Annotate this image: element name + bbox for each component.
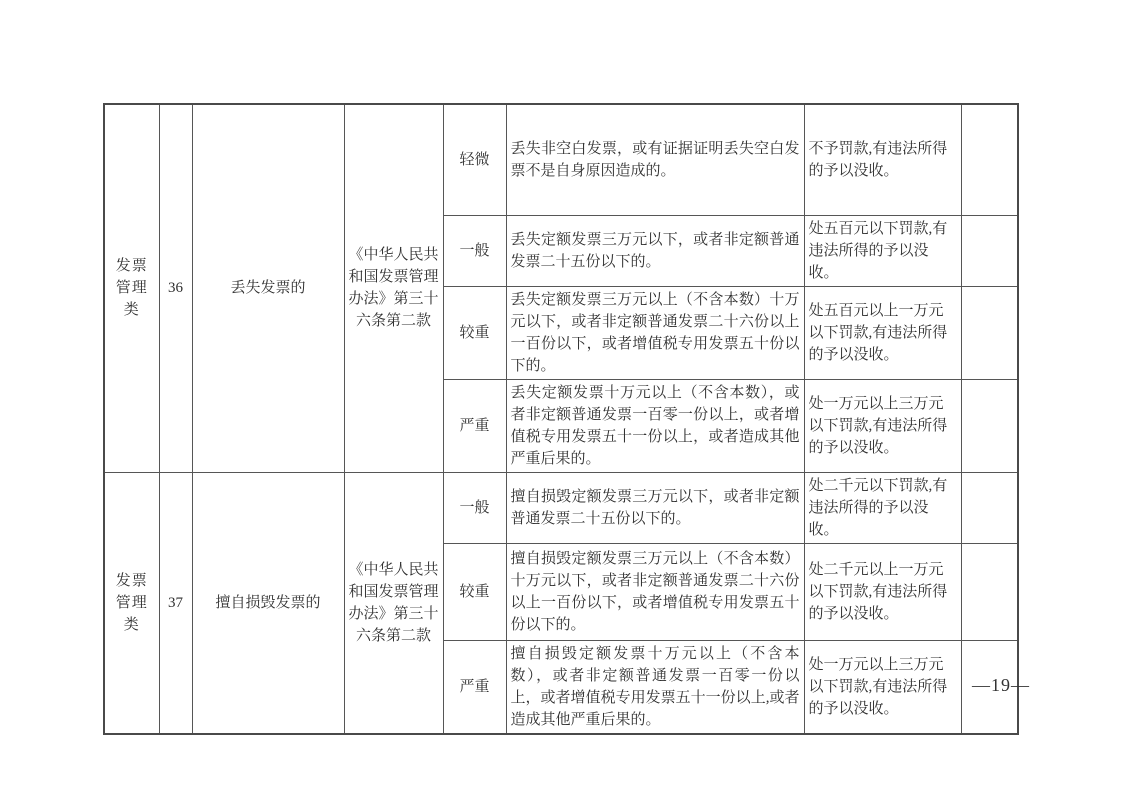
severity-cell: 一般 [443, 215, 506, 286]
empty-cell [961, 215, 1018, 286]
empty-cell [961, 379, 1018, 472]
severity-cell: 轻微 [443, 104, 506, 215]
empty-cell [961, 472, 1018, 543]
empty-cell [961, 543, 1018, 640]
severity-cell: 一般 [443, 472, 506, 543]
penalty-cell: 处二千元以上一万元以下罚款,有违法所得的予以没收。 [804, 543, 961, 640]
document-page: 发票管理类 36 丢失发票的 《中华人民共和国发票管理办法》第三十六条第二款 轻… [0, 0, 1122, 793]
condition-cell: 丢失定额发票三万元以上（不含本数）十万元以下，或者非定额普通发票二十六份以上一百… [506, 286, 804, 379]
condition-cell: 丢失非空白发票，或有证据证明丢失空白发票不是自身原因造成的。 [506, 104, 804, 215]
page-number: —19— [946, 675, 1056, 696]
severity-cell: 严重 [443, 640, 506, 734]
empty-cell [961, 104, 1018, 215]
severity-cell: 严重 [443, 379, 506, 472]
table-row: 发票管理类 37 擅自损毁发票的 《中华人民共和国发票管理办法》第三十六条第二款… [104, 472, 1018, 543]
violation-cell: 丢失发票的 [192, 104, 344, 472]
legal-basis-cell: 《中华人民共和国发票管理办法》第三十六条第二款 [344, 472, 443, 734]
condition-cell: 擅自损毁定额发票十万元以上（不含本数），或者非定额普通发票一百零一份以上，或者增… [506, 640, 804, 734]
penalty-cell: 处一万元以上三万元以下罚款,有违法所得的予以没收。 [804, 379, 961, 472]
violation-cell: 擅自损毁发票的 [192, 472, 344, 734]
penalty-cell: 处五百元以上一万元以下罚款,有违法所得的予以没收。 [804, 286, 961, 379]
category-cell: 发票管理类 [104, 472, 159, 734]
condition-cell: 擅自损毁定额发票三万元以上（不含本数）十万元以下，或者非定额普通发票二十六份以上… [506, 543, 804, 640]
penalty-cell: 不予罚款,有违法所得的予以没收。 [804, 104, 961, 215]
condition-cell: 丢失定额发票三万元以下，或者非定额普通发票二十五份以下的。 [506, 215, 804, 286]
table-row: 发票管理类 36 丢失发票的 《中华人民共和国发票管理办法》第三十六条第二款 轻… [104, 104, 1018, 215]
category-cell: 发票管理类 [104, 104, 159, 472]
condition-cell: 擅自损毁定额发票三万元以下，或者非定额普通发票二十五份以下的。 [506, 472, 804, 543]
item-number-cell: 37 [159, 472, 192, 734]
penalty-cell: 处二千元以下罚款,有违法所得的予以没收。 [804, 472, 961, 543]
penalty-table: 发票管理类 36 丢失发票的 《中华人民共和国发票管理办法》第三十六条第二款 轻… [103, 103, 1019, 735]
empty-cell [961, 286, 1018, 379]
severity-cell: 较重 [443, 543, 506, 640]
condition-cell: 丢失定额发票十万元以上（不含本数），或者非定额普通发票一百零一份以上，或者增值税… [506, 379, 804, 472]
severity-cell: 较重 [443, 286, 506, 379]
penalty-cell: 处五百元以下罚款,有违法所得的予以没收。 [804, 215, 961, 286]
penalty-cell: 处一万元以上三万元以下罚款,有违法所得的予以没收。 [804, 640, 961, 734]
item-number-cell: 36 [159, 104, 192, 472]
legal-basis-cell: 《中华人民共和国发票管理办法》第三十六条第二款 [344, 104, 443, 472]
